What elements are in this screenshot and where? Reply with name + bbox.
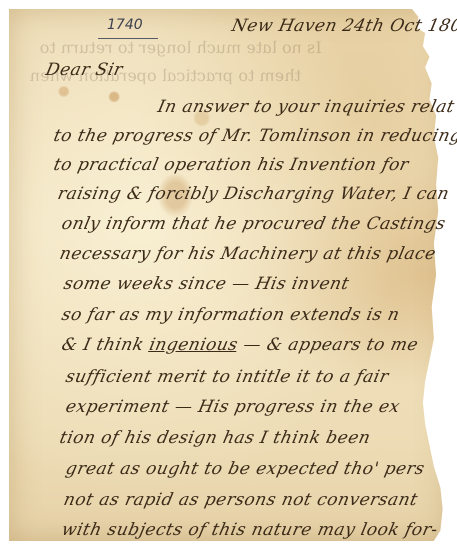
body-line-11: experiment — His progress in the ex: [64, 397, 402, 417]
salutation: Dear Sir: [44, 60, 125, 80]
body-line-2: to the progress of Mr. Tomlinson in redu…: [52, 126, 457, 146]
body-line-9: & I think ingenious — & appears to me: [60, 335, 420, 355]
body-line-4: raising & forcibly Discharging Water, I …: [56, 184, 451, 204]
body-line-7: some weeks since — His invent: [62, 274, 351, 294]
dateline: New Haven 24th Oct 180: [230, 16, 457, 36]
catalog-underline: [98, 38, 158, 39]
body-line-6: necessary for his Machinery at this plac…: [58, 244, 438, 264]
catalog-number: 1740: [107, 17, 143, 33]
body-line-1: In answer to your inquiries relat: [156, 97, 457, 117]
body-line-12: tion of his design has I think been: [58, 428, 373, 448]
body-line-13: great as ought to be expected tho' pers: [64, 459, 427, 479]
bleed-through-line-1: Is no late much longer to return to: [38, 38, 323, 57]
body-line-3: to practical operation his Invention for: [52, 155, 411, 175]
underlined-word: ingenious: [147, 335, 239, 355]
body-line-5: only inform that he procured the Casting…: [60, 214, 448, 234]
body-line-10: sufficient merit to intitle it to a fair: [64, 367, 391, 387]
body-line-14: not as rapid as persons not conversant: [62, 490, 420, 510]
body-line-15: with subjects of this nature may look fo…: [60, 520, 440, 540]
body-line-8: so far as my information extends is n: [60, 305, 402, 325]
body-line-9-text: & I think ingenious — & appears to me: [60, 335, 420, 355]
